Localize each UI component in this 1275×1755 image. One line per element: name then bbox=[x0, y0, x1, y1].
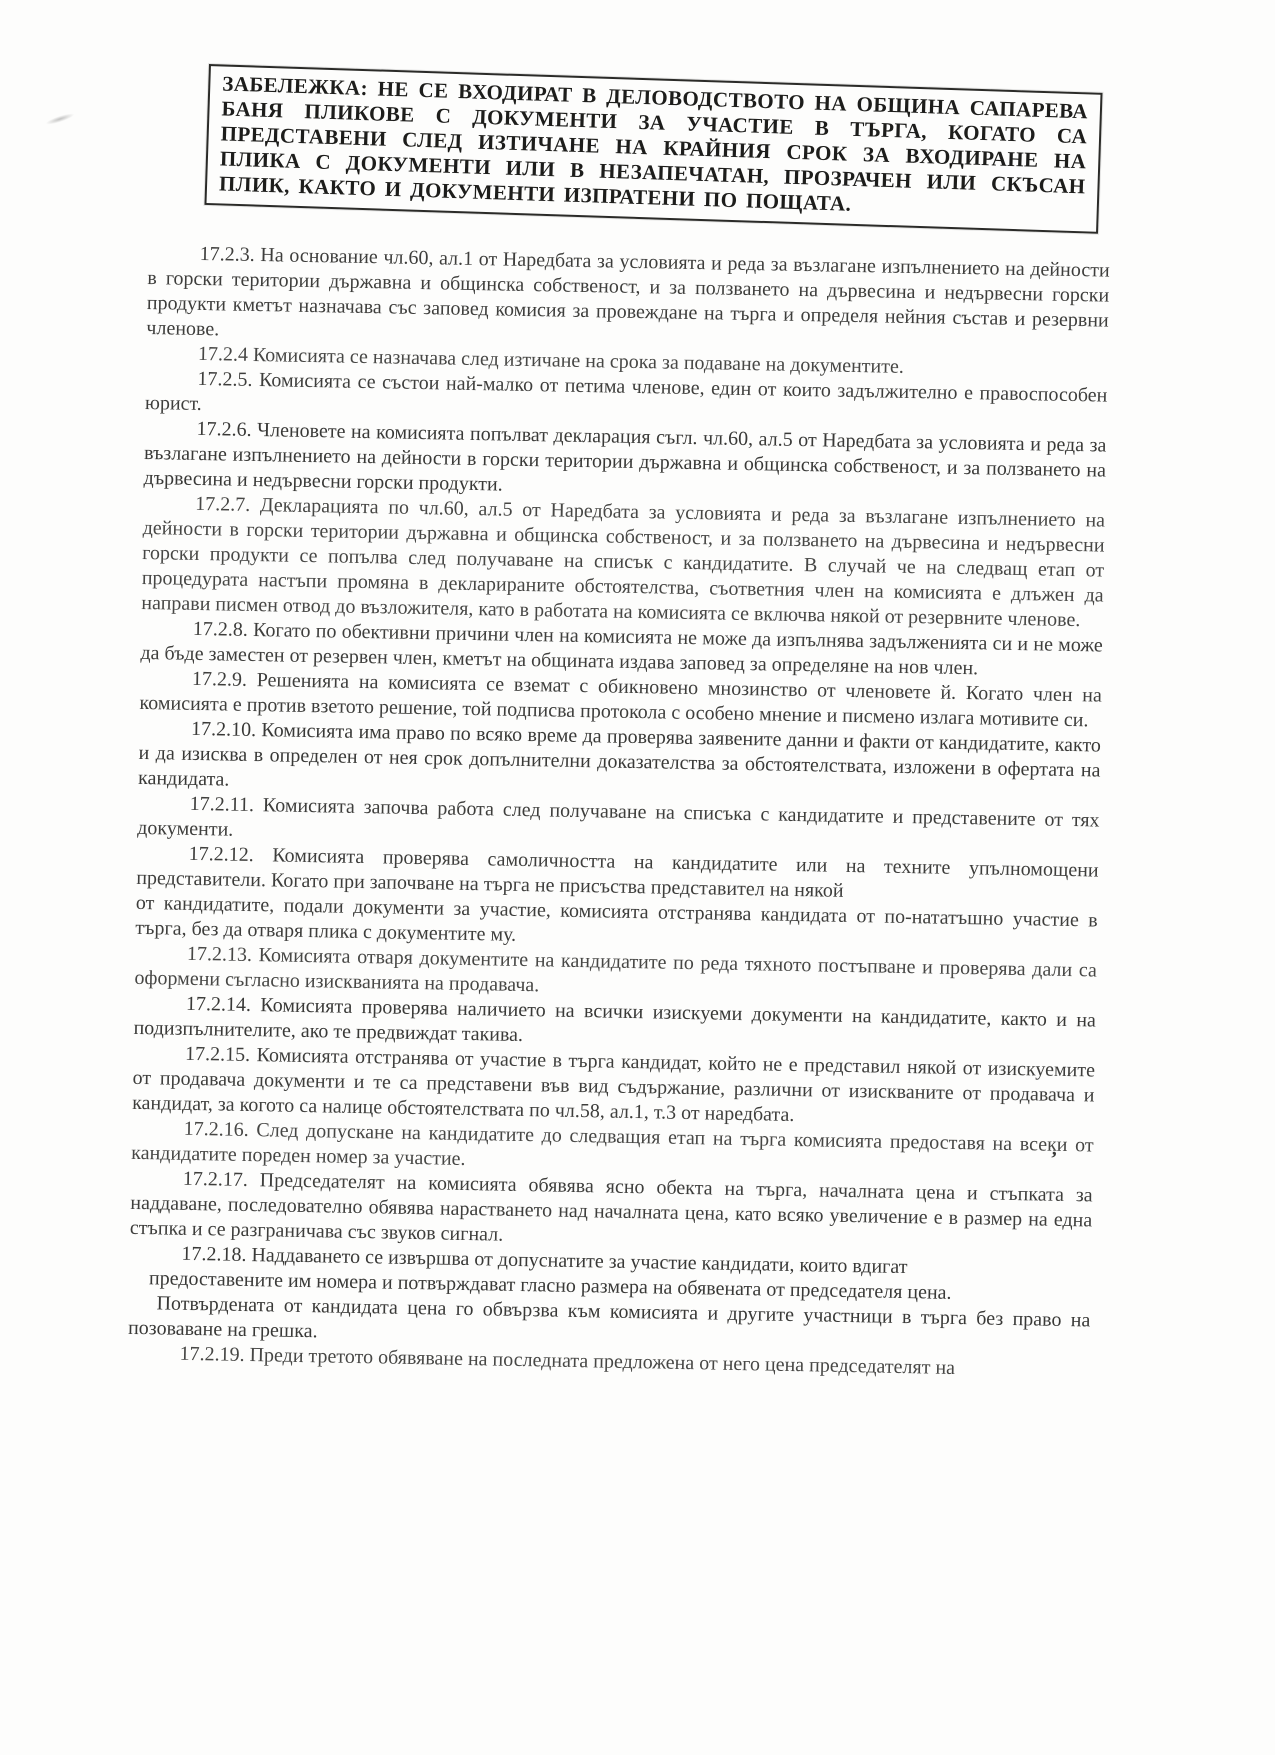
paragraph: 17.2.18. Наддаването се извършва от допу… bbox=[128, 1241, 1092, 1359]
paragraph-number: 17.2.8. bbox=[193, 618, 248, 641]
paragraph-text: Комисията проверява самоличността на кан… bbox=[135, 844, 1099, 945]
paragraph-number: 17.2.4 bbox=[198, 343, 248, 366]
paragraph-text: Декларацията по чл.60, ал.5 от Наредбата… bbox=[141, 494, 1105, 631]
paragraph-number: 17.2.11. bbox=[189, 793, 254, 816]
scanned-document-page: ЗАБЕЛЕЖКА: НЕ СЕ ВХОДИРАТ В ДЕЛОВОДСТВОТ… bbox=[0, 0, 1275, 1755]
paragraph-list: 17.2.3. На основание чл.60, ал.1 от Наре… bbox=[127, 241, 1109, 1383]
paragraph-number: 17.2.9. bbox=[192, 668, 247, 691]
paragraph-number: 17.2.12. bbox=[189, 843, 254, 866]
paragraph-number: 17.2.19. bbox=[179, 1343, 244, 1366]
paragraph-number: 17.2.6. bbox=[196, 418, 251, 441]
paragraph-text: Членовете на комисията попълват декларац… bbox=[143, 419, 1106, 496]
paragraph-number: 17.2.18. bbox=[181, 1243, 246, 1266]
notice-box: ЗАБЕЛЕЖКА: НЕ СЕ ВХОДИРАТ В ДЕЛОВОДСТВОТ… bbox=[204, 64, 1102, 234]
paragraph-number: 17.2.3. bbox=[200, 243, 255, 266]
paragraph-number: 17.2.16. bbox=[184, 1118, 249, 1141]
paragraph-number: 17.2.13. bbox=[187, 943, 252, 966]
paragraph-text: Председателят на комисията обявява ясно … bbox=[130, 1169, 1093, 1245]
paragraph-number: 17.2.15. bbox=[185, 1043, 250, 1066]
paragraph-number: 17.2.7. bbox=[195, 493, 250, 516]
scan-smudge bbox=[45, 112, 75, 127]
paragraph-number: 17.2.5. bbox=[197, 368, 252, 391]
paragraph: 17.2.12. Комисията проверява самоличност… bbox=[135, 841, 1099, 959]
paragraph-number: 17.2.17. bbox=[183, 1168, 248, 1191]
paragraph: 17.2.3. На основание чл.60, ал.1 от Наре… bbox=[146, 241, 1110, 359]
paragraph-number: 17.2.14. bbox=[186, 993, 251, 1016]
paragraph-text: Комисията отстранява от участие в търга … bbox=[132, 1044, 1095, 1126]
paragraph-text: Наддаването се извършва от допуснатите з… bbox=[128, 1244, 1091, 1342]
paragraph-number: 17.2.10. bbox=[191, 718, 256, 741]
paragraph: 17.2.7. Декларацията по чл.60, ал.5 от Н… bbox=[141, 491, 1105, 634]
paragraph-text: На основание чл.60, ал.1 от Наредбата за… bbox=[146, 244, 1110, 340]
